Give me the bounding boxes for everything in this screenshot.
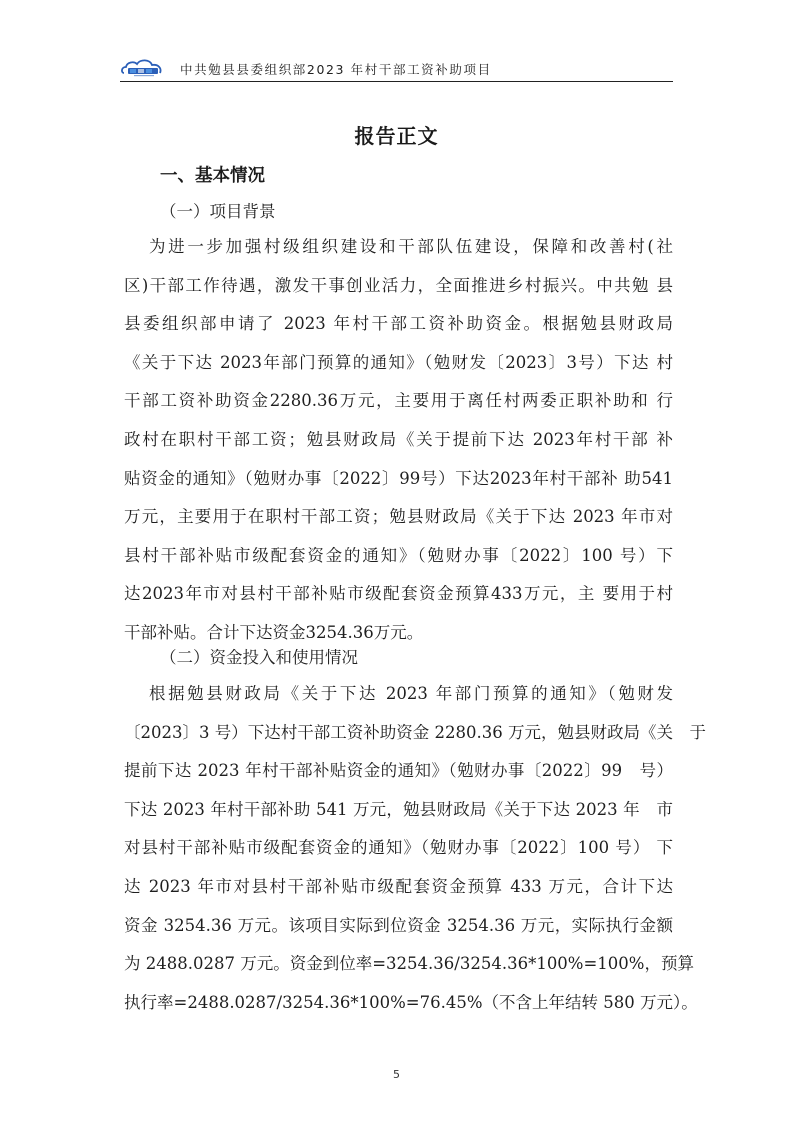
- text-line: 为进一步加强村级组织建设和干部队伍建设，保障和改善村(社: [124, 228, 673, 267]
- text-line: 达2023年市对县村干部补贴市级配套资金预算433万元，主 要用于村: [124, 575, 673, 614]
- text-line: 县村干部补贴市级配套资金的通知》（勉财办事〔2022〕100 号）下: [124, 537, 673, 576]
- paragraph-background: 为进一步加强村级组织建设和干部队伍建设，保障和改善村(社 区)干部工作待遇，激发…: [124, 228, 673, 653]
- text-line: 对县村干部补贴市级配套资金的通知》（勉财办事〔2022〕100 号） 下: [124, 829, 673, 868]
- subsection-heading-background: （一）项目背景: [160, 198, 276, 222]
- text-line: 达 2023 年市对县村干部补贴市级配套资金预算 433 万元，合计下达: [124, 868, 673, 907]
- text-line: 县委组织部申请了 2023 年村干部工资补助资金。根据勉县财政局: [124, 305, 673, 344]
- text-line: 《关于下达 2023年部门预算的通知》（勉财发〔2023〕3号）下达 村: [124, 344, 673, 383]
- text-line: 干部工资补助资金2280.36万元，主要用于离任村两委正职补助和 行: [124, 382, 673, 421]
- page-number: 5: [0, 1068, 793, 1081]
- text-line: 贴资金的通知》（勉财办事〔2022〕99号）下达2023年村干部补 助541: [124, 460, 673, 499]
- paragraph-funding: 根据勉县财政局《关于下达 2023 年部门预算的通知》（勉财发 〔2023〕3 …: [124, 675, 673, 1022]
- text-line: 提前下达 2023 年村干部补贴资金的通知》（勉财办事〔2022〕99 号）: [124, 752, 673, 791]
- text-line: 万元，主要用于在职村干部工资；勉县财政局《关于下达 2023 年市对: [124, 498, 673, 537]
- text-line: 下达 2023 年村干部补助 541 万元，勉县财政局《关于下达 2023 年 …: [124, 791, 673, 830]
- page-header: 中共勉县县委组织部2023 年村干部工资补助项目: [120, 56, 673, 82]
- document-title: 报告正文: [0, 120, 793, 149]
- text-line: 为 2488.0287 万元。资金到位率=3254.36/3254.36*100…: [124, 945, 673, 984]
- text-line: 政村在职村干部工资；勉县财政局《关于提前下达 2023年村干部 补: [124, 421, 673, 460]
- text-line: 根据勉县财政局《关于下达 2023 年部门预算的通知》（勉财发: [124, 675, 673, 714]
- text-line: 〔2023〕3 号）下达村干部工资补助资金 2280.36 万元，勉县财政局《关…: [124, 714, 673, 753]
- text-line: 执行率=2488.0287/3254.36*100%=76.45%（不含上年结转…: [124, 984, 673, 1023]
- subsection-heading-funding: （二）资金投入和使用情况: [160, 644, 358, 668]
- header-title: 中共勉县县委组织部2023 年村干部工资补助项目: [180, 60, 492, 78]
- text-line: 资金 3254.36 万元。该项目实际到位资金 3254.36 万元，实际执行金…: [124, 907, 673, 946]
- text-line: 区)干部工作待遇，激发干事创业活力，全面推进乡村振兴。中共勉 县: [124, 267, 673, 306]
- section-heading-basic-info: 一、基本情况: [160, 162, 265, 187]
- company-cloud-logo-icon: [120, 58, 164, 78]
